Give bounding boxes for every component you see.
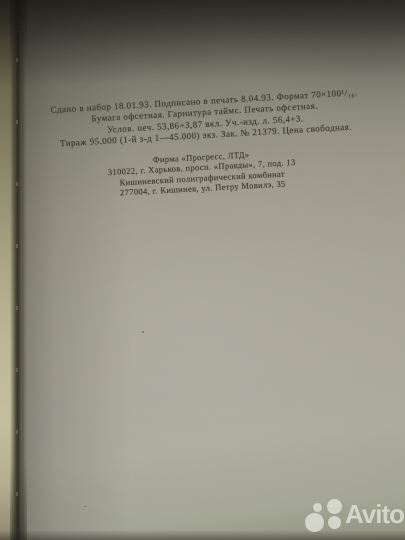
avito-logo-dot [327,499,342,514]
dust-speck [142,331,144,333]
dust-speck [84,506,86,507]
avito-logo-icon [302,496,344,532]
avito-logo-dot [305,513,324,532]
book-photo: Сдано в набор 18.01.93. Подписано в печа… [0,0,405,540]
avito-watermark: Avito [302,496,404,536]
corner-vignette [0,0,405,540]
avito-label: Avito [345,501,404,527]
avito-logo-dot [328,516,341,529]
avito-logo-dot [313,503,322,512]
